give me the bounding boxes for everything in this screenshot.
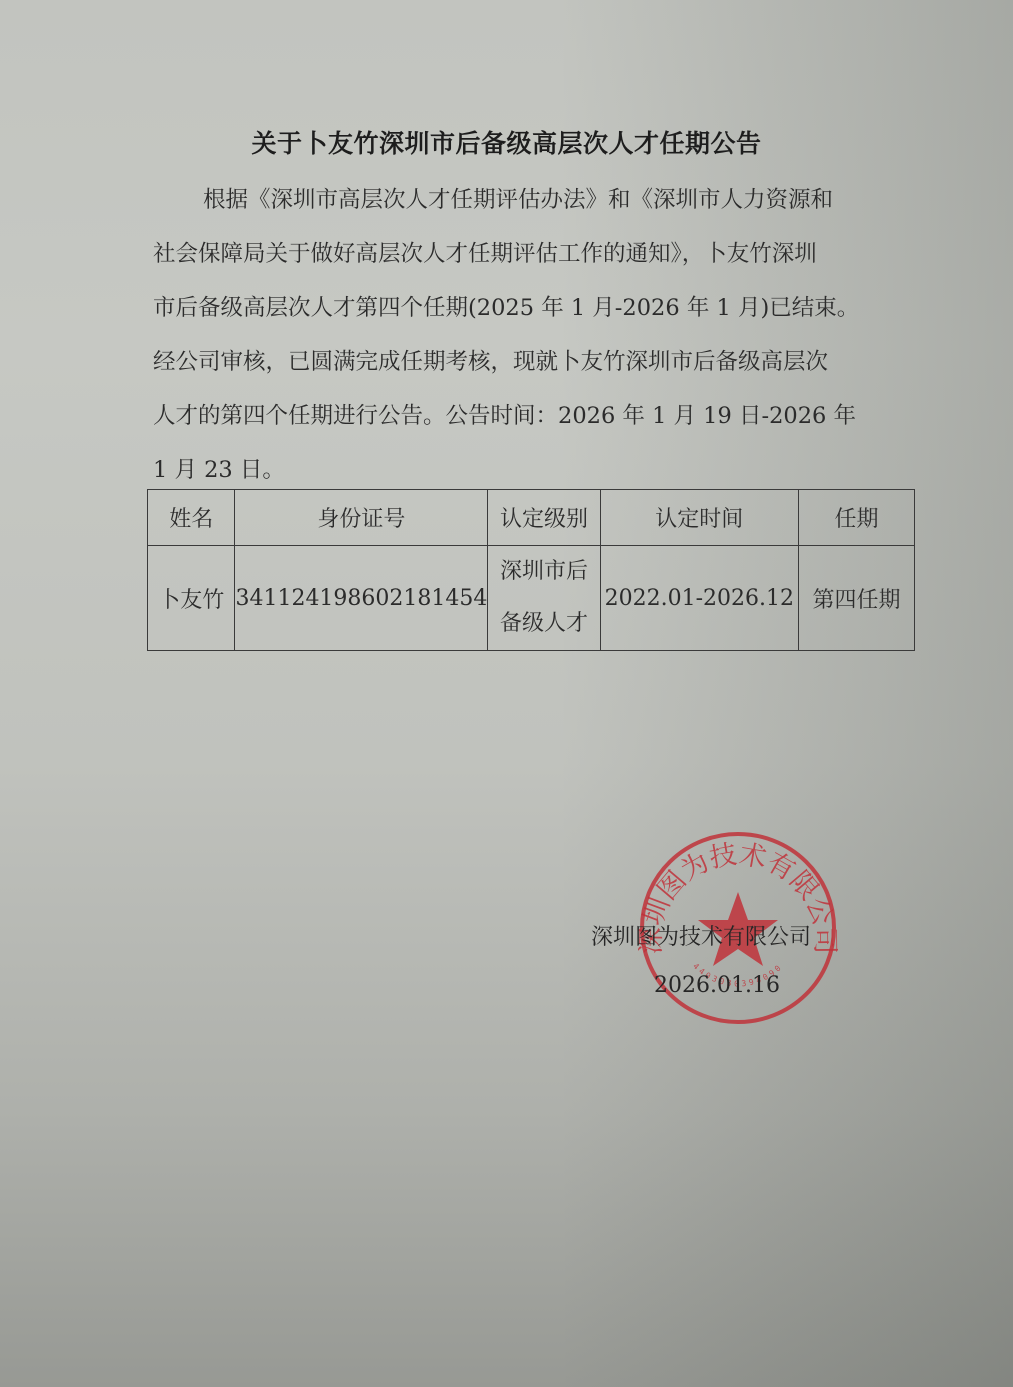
cell-level-line2: 备级人才: [488, 598, 599, 650]
talent-info-table: 姓名 身份证号 认定级别 认定时间 任期 卜友竹 341124198602181…: [147, 489, 915, 651]
cell-level: 深圳市后 备级人才: [488, 546, 600, 651]
announcement-paragraph: 根据《深圳市高层次人才任期评估办法》和《深圳市人力资源和 社会保障局关于做好高层…: [153, 173, 858, 497]
cell-id-number: 341124198602181454: [235, 546, 488, 651]
paragraph-line: 市后备级高层次人才第四个任期(2025 年 1 月-2026 年 1 月)已结束…: [153, 281, 858, 335]
header-level: 认定级别: [488, 490, 600, 546]
header-period: 认定时间: [600, 490, 799, 546]
header-name: 姓名: [148, 490, 235, 546]
signature-date: 2026.01.16: [654, 973, 780, 998]
paragraph-line: 人才的第四个任期进行公告。公告时间：2026 年 1 月 19 日-2026 年: [153, 389, 858, 443]
paragraph-line: 社会保障局关于做好高层次人才任期评估工作的通知》，卜友竹深圳: [153, 227, 858, 281]
cell-period: 2022.01-2026.12: [600, 546, 799, 651]
paragraph-line: 经公司审核，已圆满完成任期考核，现就卜友竹深圳市后备级高层次: [153, 335, 858, 389]
header-id-number: 身份证号: [235, 490, 488, 546]
document-title: 关于卜友竹深圳市后备级高层次人才任期公告: [0, 124, 1013, 160]
table-row: 卜友竹 341124198602181454 深圳市后 备级人才 2022.01…: [148, 546, 915, 651]
cell-level-line1: 深圳市后: [488, 546, 599, 598]
cell-name: 卜友竹: [148, 546, 235, 651]
header-term: 任期: [799, 490, 915, 546]
paragraph-line: 根据《深圳市高层次人才任期评估办法》和《深圳市人力资源和: [153, 173, 858, 227]
table-header-row: 姓名 身份证号 认定级别 认定时间 任期: [148, 490, 915, 546]
document-page: 关于卜友竹深圳市后备级高层次人才任期公告 根据《深圳市高层次人才任期评估办法》和…: [0, 0, 1013, 1387]
signature-company: 深圳图为技术有限公司: [591, 920, 811, 951]
cell-term: 第四任期: [799, 546, 915, 651]
